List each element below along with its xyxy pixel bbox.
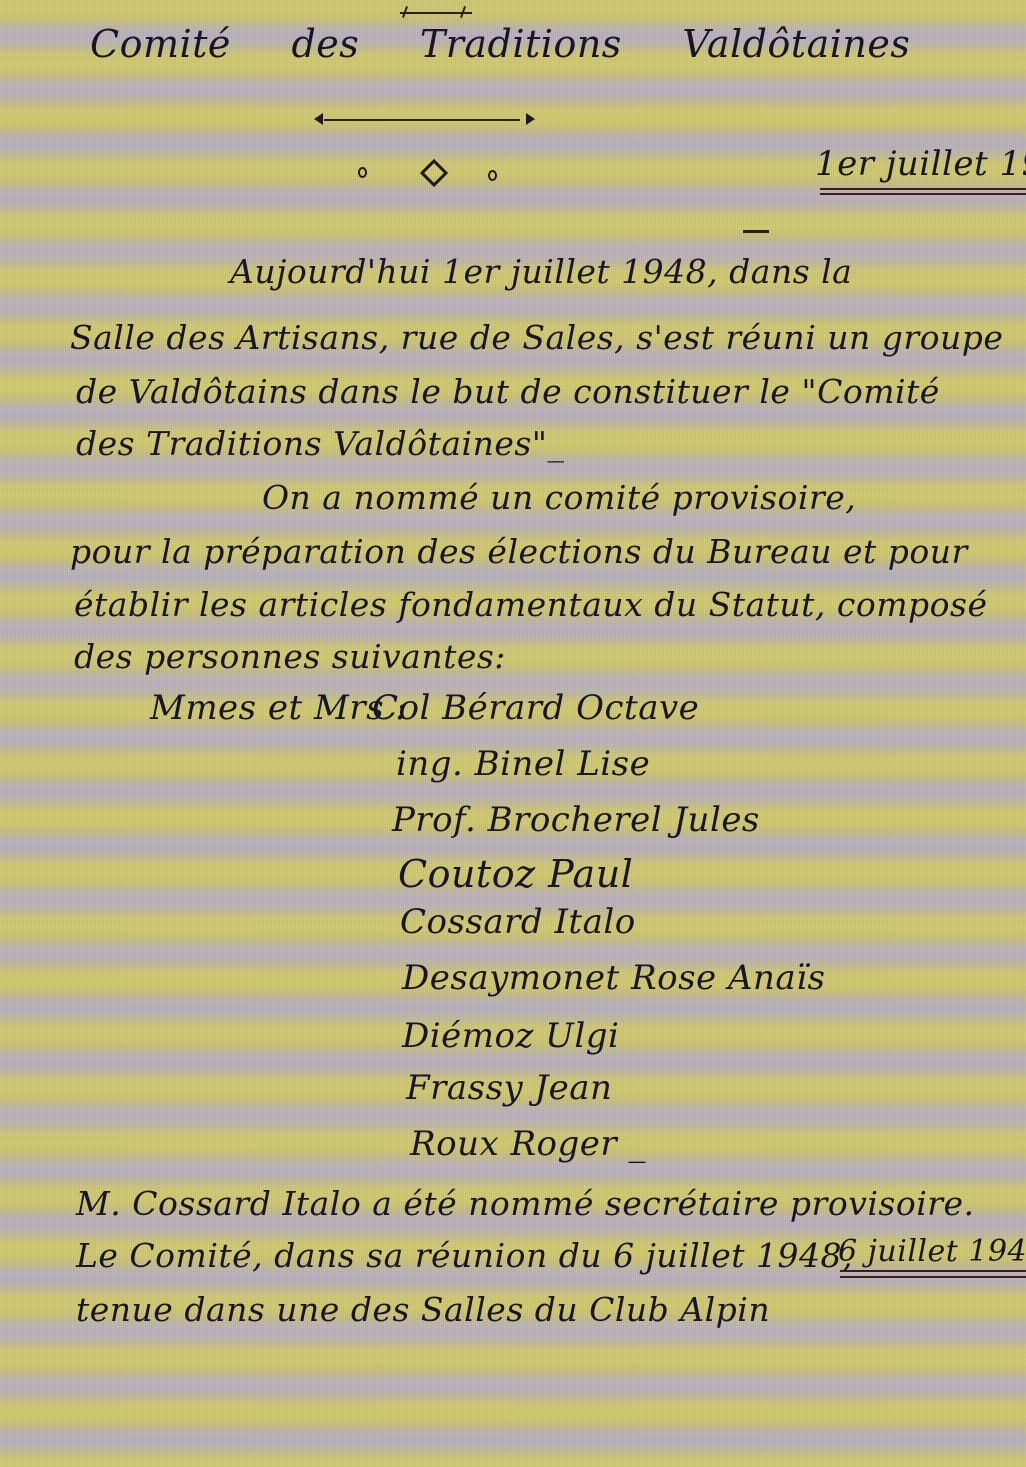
margin-date-1: 1er juillet 1948 bbox=[815, 144, 1026, 184]
paragraph-2-line-3: établir les articles fondamentaux du Sta… bbox=[74, 585, 988, 624]
document-title: Comité des Traditions Valdôtaines bbox=[90, 22, 910, 66]
paragraph-3-line-3: tenue dans une des Salles du Club Alpin bbox=[76, 1290, 770, 1329]
member-item: Prof. Brocherel Jules bbox=[392, 800, 760, 840]
member-item: Frassy Jean bbox=[406, 1068, 612, 1108]
margin-date-2: 6 juillet 1948 bbox=[838, 1234, 1026, 1269]
member-item: Desaymonet Rose Anaïs bbox=[402, 958, 826, 998]
paragraph-1-line-4: des Traditions Valdôtaines"_ bbox=[76, 424, 565, 463]
margin-date-1-underline bbox=[820, 188, 1026, 190]
diamond-ornament-icon bbox=[420, 159, 448, 187]
member-item: Diémoz Ulgi bbox=[402, 1016, 619, 1056]
member-item: Roux Roger _ bbox=[410, 1124, 646, 1164]
paragraph-1-line-2: Salle des Artisans, rue de Sales, s'est … bbox=[70, 318, 1003, 357]
member-item: Col Bérard Octave bbox=[372, 688, 699, 728]
rule-arrow-left bbox=[314, 113, 323, 125]
member-item: Cossard Italo bbox=[400, 902, 636, 942]
paragraph-1-line-3: de Valdôtains dans le but de constituer … bbox=[76, 372, 940, 411]
paragraph-2-line-1: On a nommé un comité provisoire, bbox=[262, 478, 856, 517]
paragraph-1-line-1: Aujourd'hui 1er juillet 1948, dans la bbox=[230, 252, 852, 291]
paragraph-2-line-2: pour la préparation des élections du Bur… bbox=[70, 532, 968, 571]
short-dash bbox=[743, 230, 769, 233]
members-intro: Mmes et Mrs : bbox=[150, 688, 407, 728]
paragraph-3-line-1: M. Cossard Italo a été nommé secrétaire … bbox=[76, 1184, 975, 1223]
margin-date-2-underline-2 bbox=[840, 1276, 1026, 1278]
margin-date-2-underline bbox=[840, 1270, 1026, 1272]
rule-arrow-right bbox=[526, 113, 535, 125]
ornament-dot-right bbox=[488, 170, 497, 181]
ornament-dot-left bbox=[358, 167, 367, 178]
paragraph-2-line-4: des personnes suivantes: bbox=[74, 637, 506, 676]
title-rule bbox=[324, 119, 520, 121]
member-item: Coutoz Paul bbox=[398, 852, 633, 896]
paragraph-3-line-2: Le Comité, dans sa réunion du 6 juillet … bbox=[76, 1236, 853, 1275]
margin-date-1-underline-2 bbox=[820, 193, 1026, 195]
member-item: ing. Binel Lise bbox=[396, 744, 650, 784]
